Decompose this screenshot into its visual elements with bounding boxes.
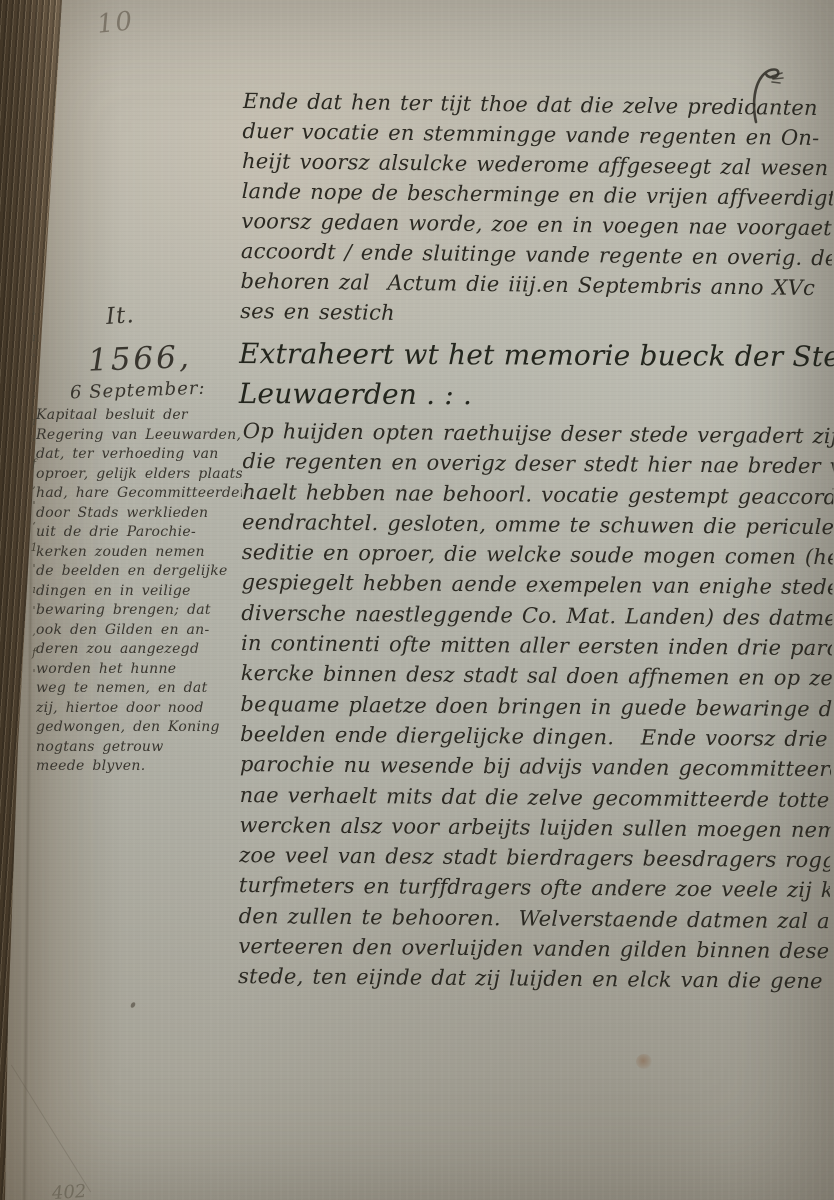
ink-flourish-icon [742,64,790,128]
section-heading: Extraheert wt het memorie bueck der Stee… [239,334,834,423]
margin-summary-note: Kapitaal besluit der Regering van Leeuwa… [36,406,242,781]
gutter-tick-marks: ' ı ' , ʻ ı ' f , ' ʻ 1 ' ı ' , f ' [27,306,41,706]
folio-number: 10 [96,6,136,40]
ink-speck [130,1001,136,1008]
margin-date: 6 September: [70,378,206,404]
margin-year: 1566, [87,339,192,379]
bottom-pencil-mark: 402 [51,1181,87,1200]
manuscript-photo: 10 Ende dat hen ter tijt thoe dat die ze… [0,0,834,1200]
margin-item-mark: It. [105,302,135,330]
body-paragraph: Op huijden opten raethuijse deser stede … [238,416,834,1003]
bottom-left-crease [11,1065,91,1193]
foxing-spot [636,1054,652,1069]
